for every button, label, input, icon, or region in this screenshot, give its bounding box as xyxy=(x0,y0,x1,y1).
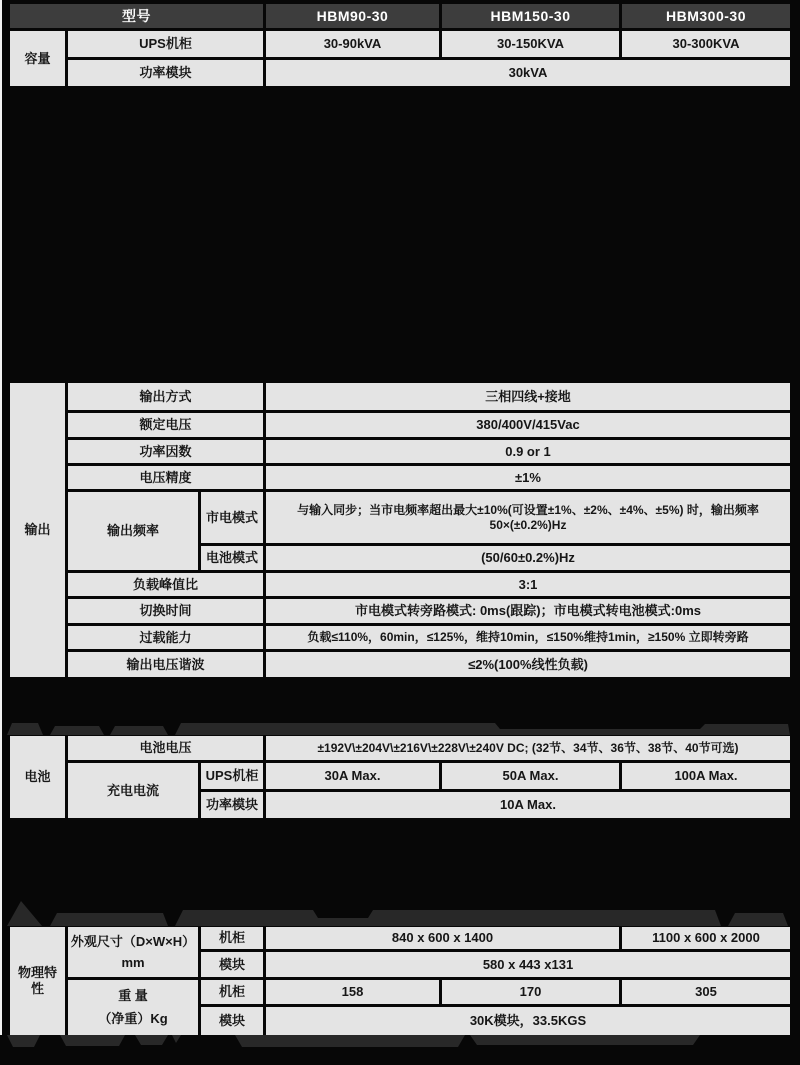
mains-mode-label: 市电模式 xyxy=(201,492,263,543)
overload-label: 过载能力 xyxy=(68,626,263,649)
dimensions-cabinet-large-value: 1100 x 600 x 2000 xyxy=(622,927,790,949)
output-group-label: 输出 xyxy=(10,383,65,677)
battery-group-label: 电池 xyxy=(10,736,65,818)
output-table: 输出 输出方式 三相四线+接地 额定电压 380/400V/415Vac 功率因… xyxy=(10,383,790,677)
weight-cabinet-value-1: 158 xyxy=(266,980,439,1004)
voltage-precision-value: ±1% xyxy=(266,466,790,489)
redaction-artifacts-2 xyxy=(0,895,800,927)
charge-current-value-1: 30A Max. xyxy=(266,763,439,789)
dimensions-label-line1: 外观尺寸（D×W×H） xyxy=(71,934,195,950)
charge-current-label: 充电电流 xyxy=(68,763,198,818)
output-thd-value: ≤2%(100%线性负载) xyxy=(266,652,790,677)
output-thd-label: 输出电压谐波 xyxy=(68,652,263,677)
dimensions-module-value: 580 x 443 x131 xyxy=(266,952,790,977)
charge-current-value-3: 100A Max. xyxy=(622,763,790,789)
weight-cabinet-label: 机柜 xyxy=(201,980,263,1004)
power-factor-value: 0.9 or 1 xyxy=(266,440,790,463)
charge-power-module-value: 10A Max. xyxy=(266,792,790,818)
output-frequency-label: 输出频率 xyxy=(68,492,198,570)
voltage-precision-label: 电压精度 xyxy=(68,466,263,489)
model-name-1: HBM90-30 xyxy=(266,4,439,28)
model-name-2: HBM150-30 xyxy=(442,4,619,28)
battery-voltage-label: 电池电压 xyxy=(68,736,263,760)
capacity-group-label: 容量 xyxy=(10,31,65,86)
weight-label-line2: （净重）Kg xyxy=(98,1011,167,1027)
weight-label-line1: 重 量 xyxy=(118,988,148,1004)
charge-power-module-label: 功率模块 xyxy=(201,792,263,818)
dimensions-cabinet-label: 机柜 xyxy=(201,927,263,949)
weight-module-label: 模块 xyxy=(201,1007,263,1035)
crest-factor-value: 3:1 xyxy=(266,573,790,596)
charge-ups-cabinet-label: UPS机柜 xyxy=(201,763,263,789)
capacity-ups-cabinet-label: UPS机柜 xyxy=(68,31,263,57)
mains-mode-value: 与输入同步；当市电频率超出最大±10%(可设置±1%、±2%、±4%、±5%) … xyxy=(266,492,790,543)
output-mode-value: 三相四线+接地 xyxy=(266,383,790,410)
transfer-time-value: 市电模式转旁路模式: 0ms(跟踪)；市电模式转电池模式:0ms xyxy=(266,599,790,623)
dimensions-label-line2: mm xyxy=(121,955,144,971)
battery-table: 电池 电池电压 ±192V\±204V\±216V\±228V\±240V DC… xyxy=(10,736,790,818)
model-header-label: 型号 xyxy=(10,4,263,28)
dimensions-label: 外观尺寸（D×W×H） mm xyxy=(68,927,198,977)
capacity-power-module-value: 30kVA xyxy=(266,60,790,86)
weight-cabinet-value-3: 305 xyxy=(622,980,790,1004)
capacity-value-3: 30-300KVA xyxy=(622,31,790,57)
charge-current-value-2: 50A Max. xyxy=(442,763,619,789)
output-mode-label: 输出方式 xyxy=(68,383,263,410)
capacity-value-2: 30-150KVA xyxy=(442,31,619,57)
left-edge-line xyxy=(0,0,2,1035)
battery-mode-value: (50/60±0.2%)Hz xyxy=(266,546,790,570)
crest-factor-label: 负载峰值比 xyxy=(68,573,263,596)
redaction-artifacts-3 xyxy=(0,1035,800,1049)
weight-cabinet-value-2: 170 xyxy=(442,980,619,1004)
battery-voltage-value: ±192V\±204V\±216V\±228V\±240V DC; (32节、3… xyxy=(266,736,790,760)
rated-voltage-label: 额定电压 xyxy=(68,413,263,437)
capacity-value-1: 30-90kVA xyxy=(266,31,439,57)
weight-label: 重 量 （净重）Kg xyxy=(68,980,198,1035)
rated-voltage-value: 380/400V/415Vac xyxy=(266,413,790,437)
overload-value: 负载≤110%，60min，≤125%，维持10min，≤150%维持1min，… xyxy=(266,626,790,649)
dimensions-module-label: 模块 xyxy=(201,952,263,977)
power-factor-label: 功率因数 xyxy=(68,440,263,463)
capacity-power-module-label: 功率模块 xyxy=(68,60,263,86)
dimensions-cabinet-small-value: 840 x 600 x 1400 xyxy=(266,927,619,949)
physical-table: 物理特性 外观尺寸（D×W×H） mm 机柜 840 x 600 x 1400 … xyxy=(10,927,790,1035)
model-name-3: HBM300-30 xyxy=(622,4,790,28)
model-capacity-table: 型号 HBM90-30 HBM150-30 HBM300-30 容量 UPS机柜… xyxy=(10,4,790,86)
battery-mode-label: 电池模式 xyxy=(201,546,263,570)
weight-module-value: 30K模块，33.5KGS xyxy=(266,1007,790,1035)
redaction-artifacts-1 xyxy=(0,695,800,735)
transfer-time-label: 切换时间 xyxy=(68,599,263,623)
physical-group-label: 物理特性 xyxy=(10,927,65,1035)
